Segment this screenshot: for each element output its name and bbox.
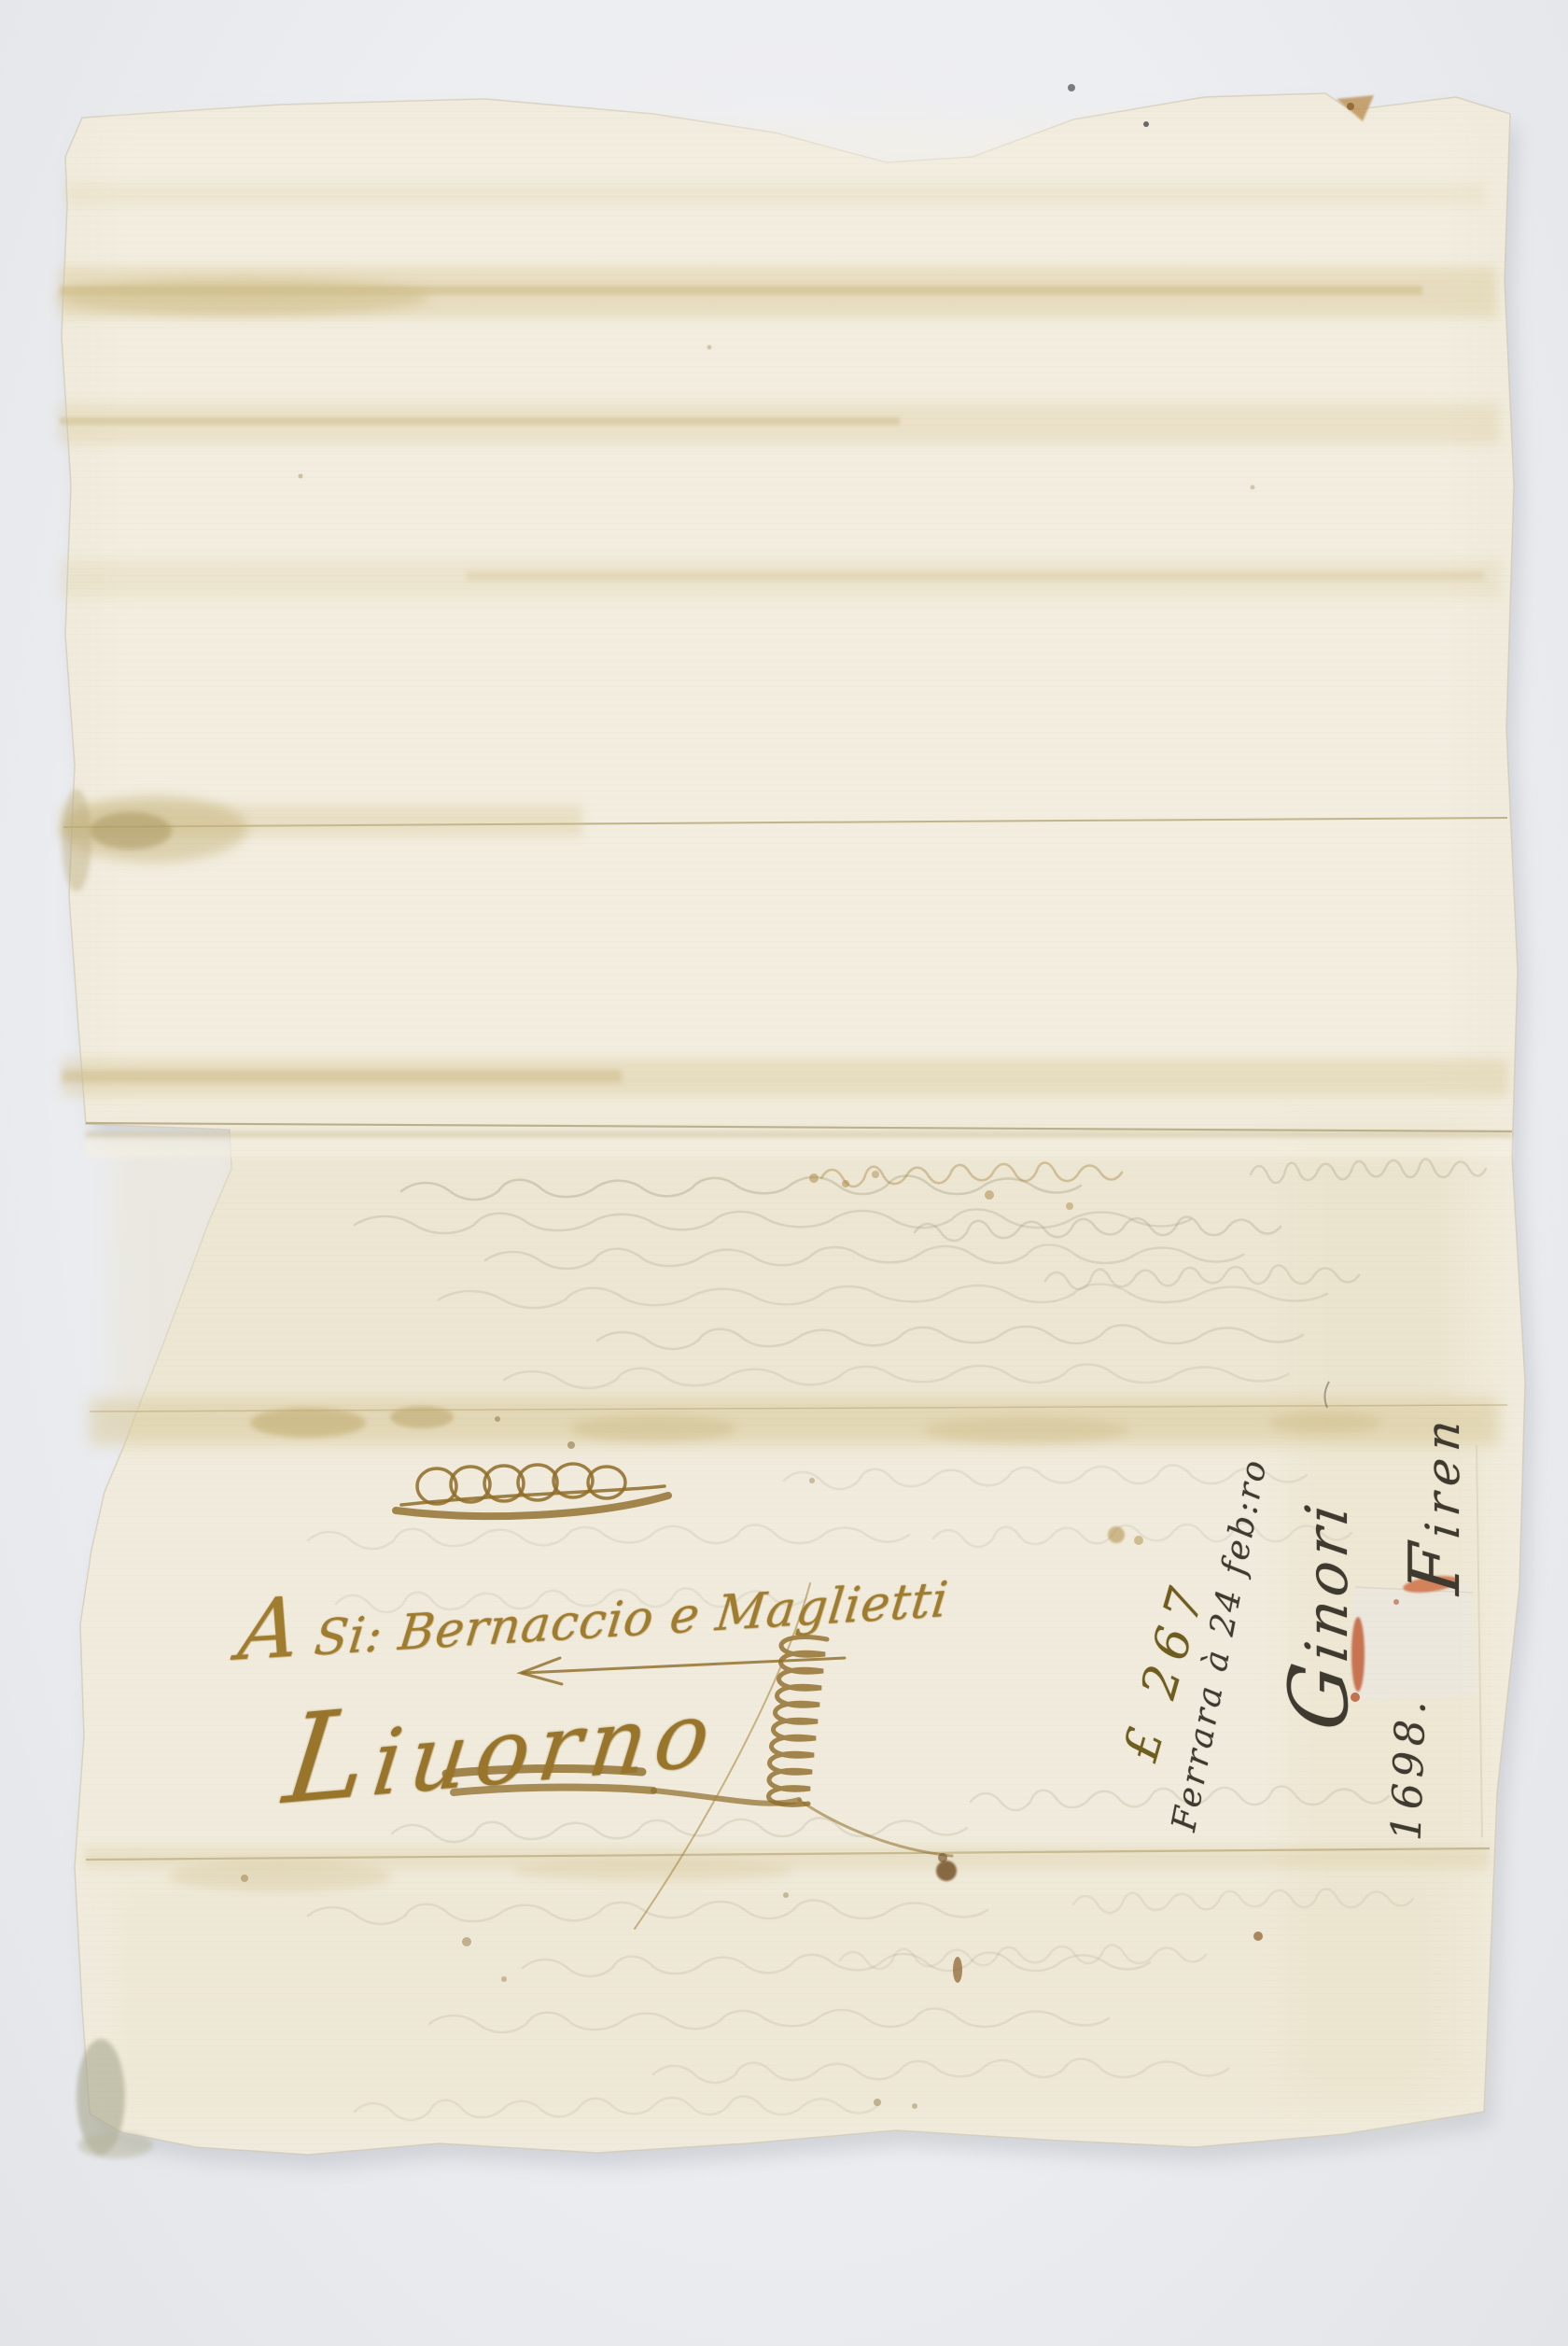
paper-artwork — [0, 0, 1568, 2346]
wax-seal-remnant — [1351, 1573, 1475, 1702]
letter-photograph: A Si: Bernaccio e Maglietti Liuorno Fire… — [0, 0, 1568, 2346]
